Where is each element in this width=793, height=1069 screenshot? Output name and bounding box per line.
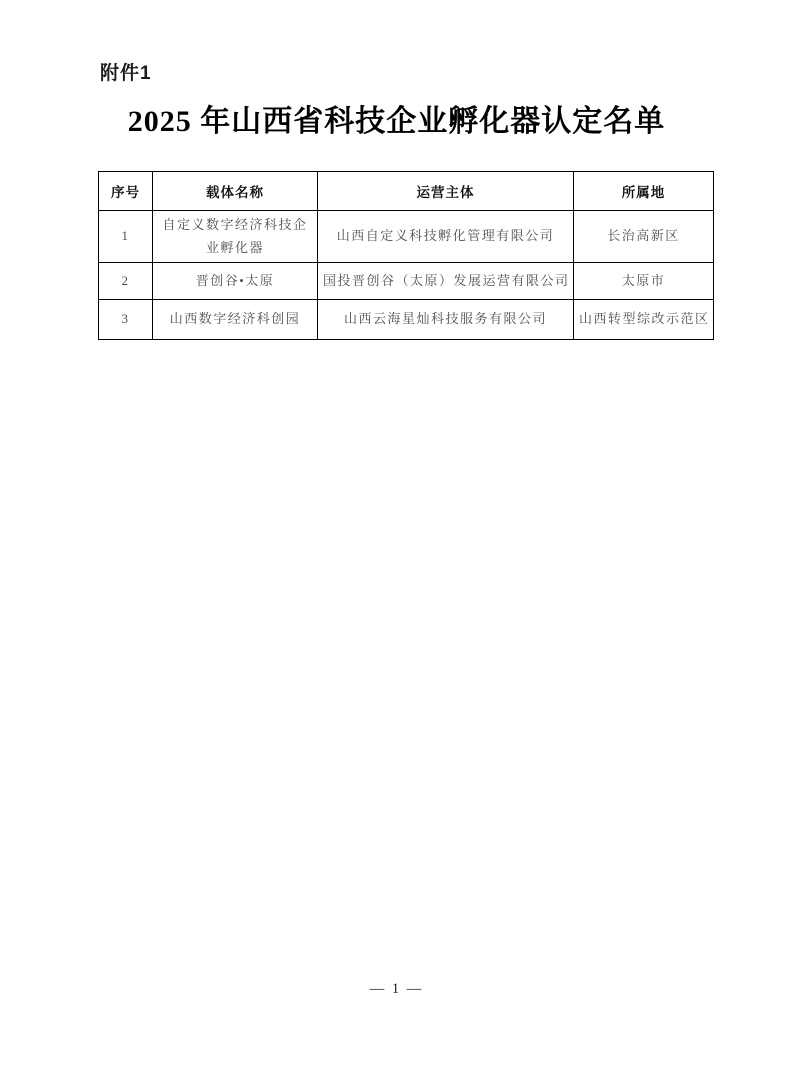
attachment-label: 附件1 <box>100 58 152 85</box>
cell-carrier: 山西数字经济科创园 <box>153 300 318 340</box>
document-title: 2025 年山西省科技企业孵化器认定名单 <box>0 96 793 140</box>
table-row: 3 山西数字经济科创园 山西云海星灿科技服务有限公司 山西转型综改示范区 <box>99 300 714 340</box>
cell-location: 长治高新区 <box>574 211 714 263</box>
header-operator: 运营主体 <box>318 172 574 211</box>
document-page: 附件1 2025 年山西省科技企业孵化器认定名单 序号 载体名称 运营主体 所属… <box>0 0 793 1069</box>
cell-carrier: 自定义数字经济科技企业孵化器 <box>153 211 318 263</box>
page-number: — 1 — <box>0 981 793 998</box>
header-location: 所属地 <box>574 172 714 211</box>
cell-seq: 2 <box>99 263 153 300</box>
header-carrier: 载体名称 <box>153 172 318 211</box>
cell-location: 山西转型综改示范区 <box>574 300 714 340</box>
cell-seq: 3 <box>99 300 153 340</box>
cell-operator: 山西云海星灿科技服务有限公司 <box>318 300 574 340</box>
cell-seq: 1 <box>99 211 153 263</box>
incubator-table: 序号 载体名称 运营主体 所属地 1 自定义数字经济科技企业孵化器 山西自定义科… <box>98 171 714 340</box>
table-row: 2 晋创谷•太原 国投晋创谷（太原）发展运营有限公司 太原市 <box>99 263 714 300</box>
table-header-row: 序号 载体名称 运营主体 所属地 <box>99 172 714 211</box>
header-seq: 序号 <box>99 172 153 211</box>
cell-operator: 山西自定义科技孵化管理有限公司 <box>318 211 574 263</box>
cell-location: 太原市 <box>574 263 714 300</box>
table-row: 1 自定义数字经济科技企业孵化器 山西自定义科技孵化管理有限公司 长治高新区 <box>99 211 714 263</box>
cell-carrier: 晋创谷•太原 <box>153 263 318 300</box>
cell-operator: 国投晋创谷（太原）发展运营有限公司 <box>318 263 574 300</box>
